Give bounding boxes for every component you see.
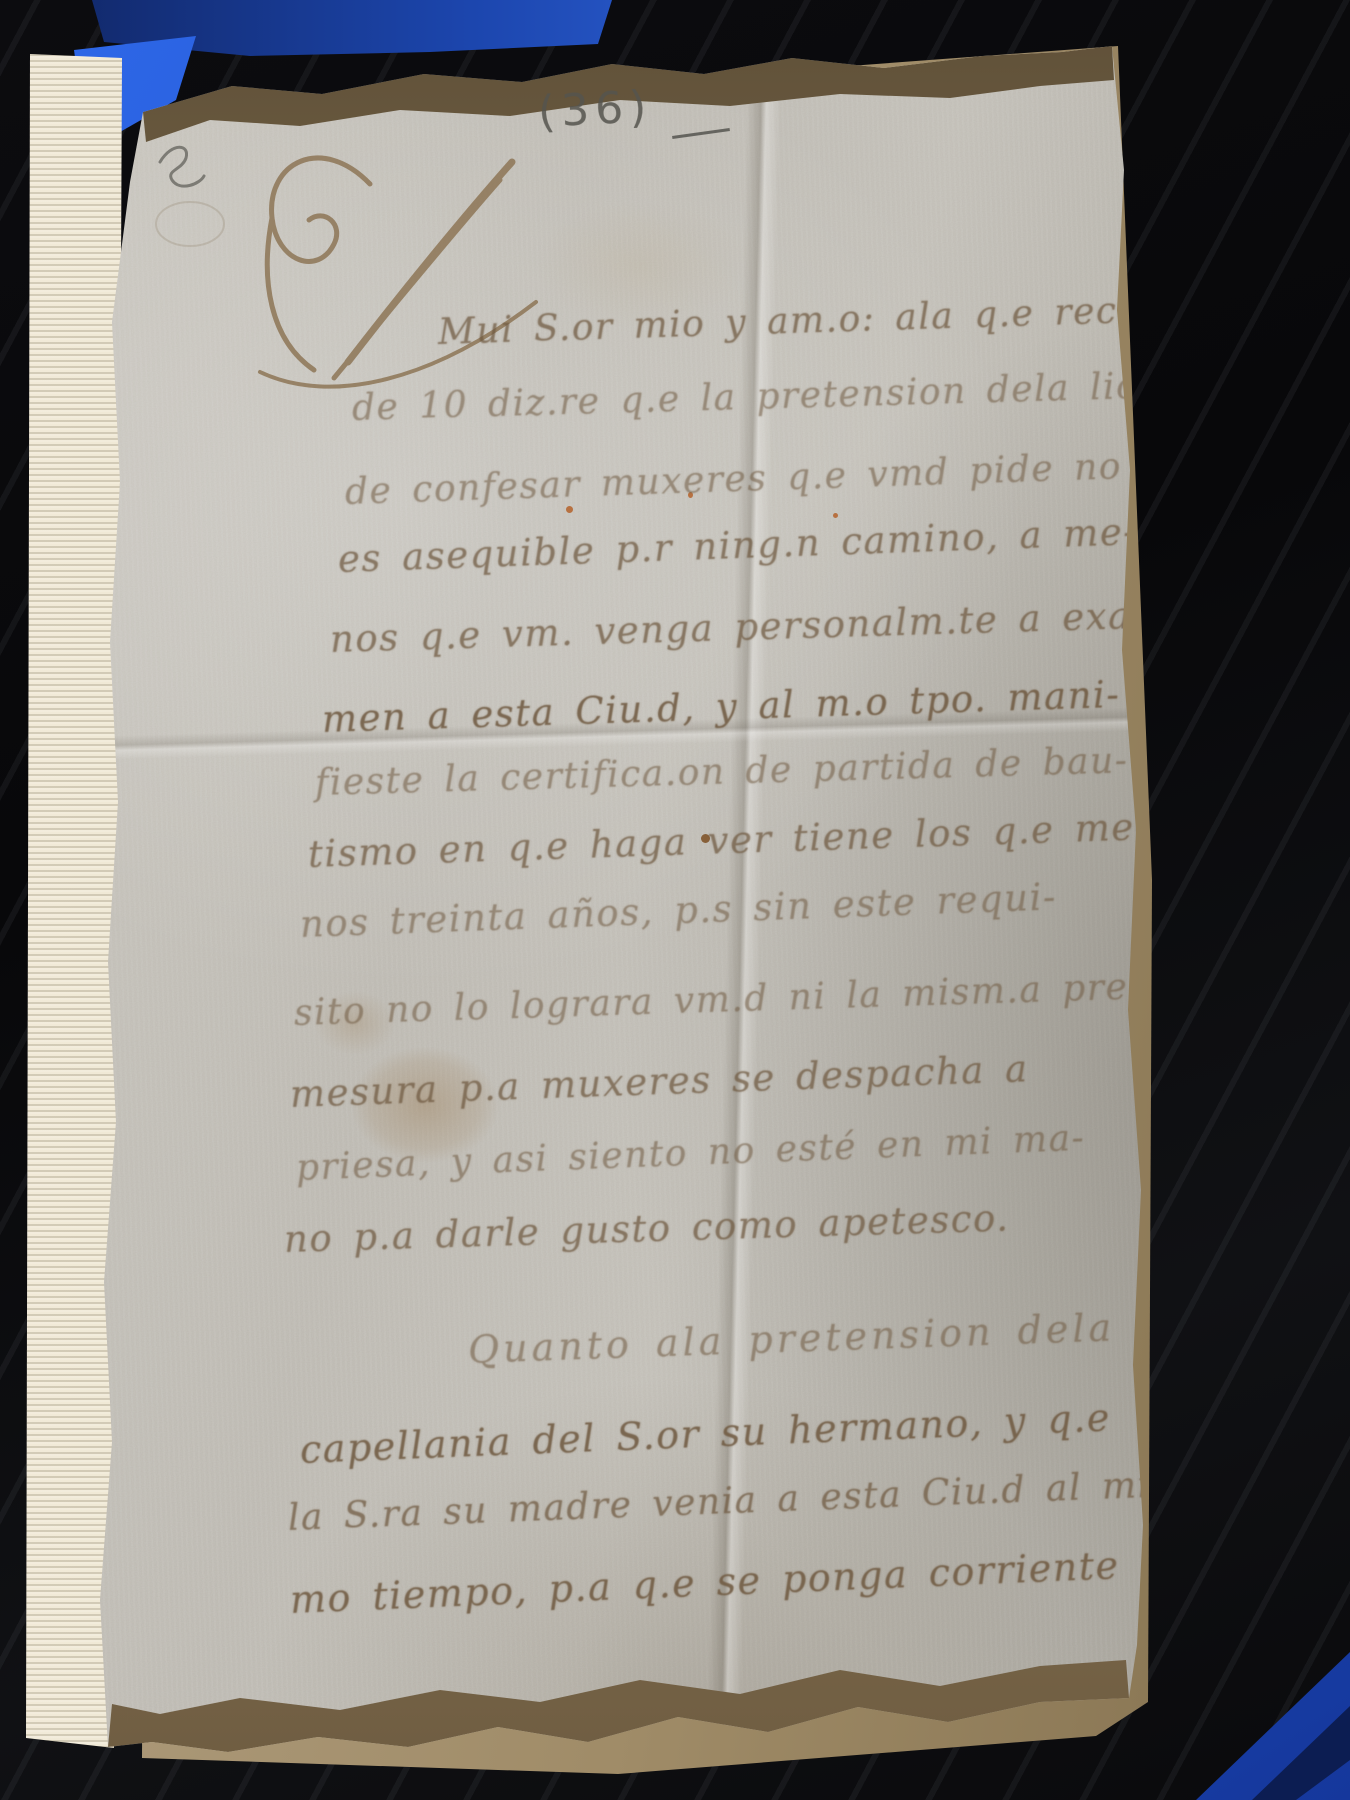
rust-speck [833,513,838,518]
pencil-scribble [146,136,242,254]
pencil-page-number: (36) [537,81,654,138]
rust-speck [566,506,573,513]
opening-flourish-initial [252,132,562,392]
photo-of-manuscript: { "annotations": { "page_number": "(36)"… [0,0,1350,1800]
